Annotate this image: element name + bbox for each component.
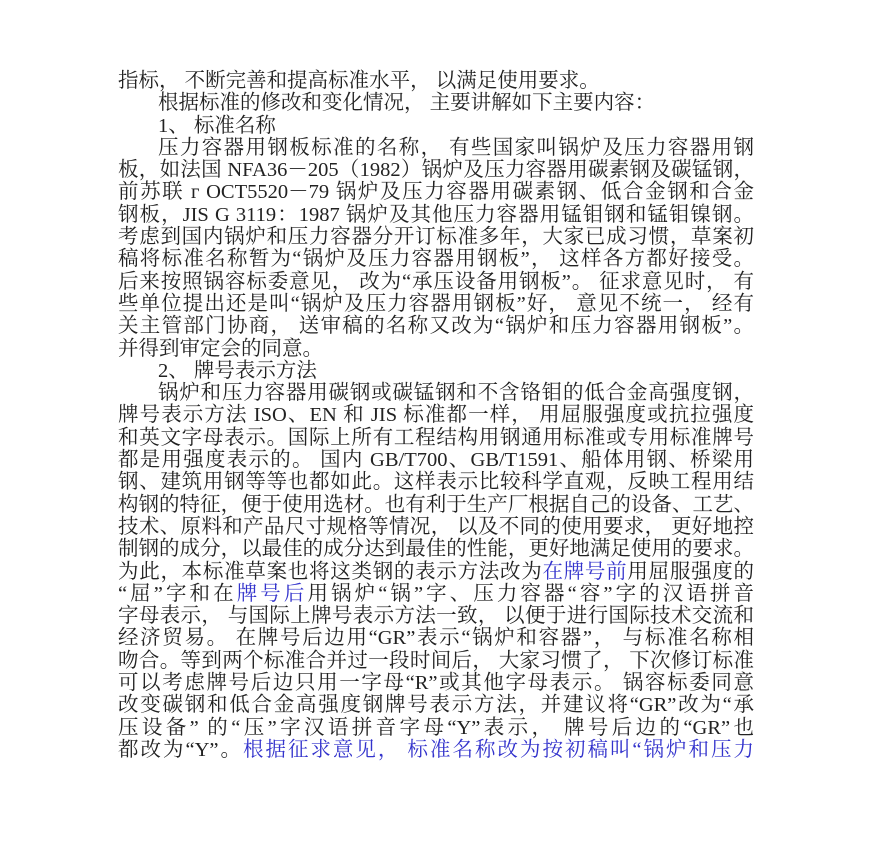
text-segment: 后来按照锅容标委意见， 改为“承压设备用钢板”。 征求意见时， 有 — [118, 271, 754, 293]
text-segment: 1、 标准名称 — [158, 115, 276, 137]
text-line: 考虑到国内锅炉和压力容器分开订标准多年，大家已成习惯，草案初 — [118, 226, 754, 248]
revision-text: 牌号后 — [237, 583, 308, 605]
text-segment: 锅炉和压力容器用碳钢或碳锰钢和不含铬钼的低合金高强度钢， — [158, 382, 754, 404]
text-segment: 字母表示， 与国际上牌号表示方法一致， 以便于进行国际技术交流和 — [118, 605, 754, 627]
document-viewport: 指标， 不断完善和提高标准水平， 以满足使用要求。根据标准的修改和变化情况， 主… — [0, 0, 870, 842]
text-segment: 2、 牌号表示方法 — [158, 360, 317, 382]
revision-text: 在牌号前 — [542, 561, 627, 583]
text-segment: 用屈服强度的 — [627, 561, 754, 583]
text-segment: 根据标准的修改和变化情况， 主要讲解如下主要内容： — [158, 92, 655, 114]
text-segment: 些单位提出还是叫“锅炉及压力容器用钢板”好， 意见不统一， 经有 — [118, 293, 754, 315]
text-block: 指标， 不断完善和提高标准水平， 以满足使用要求。根据标准的修改和变化情况， 主… — [118, 70, 754, 761]
text-segment: 技术、原料和产品尺寸规格等情况， 以及不同的使用要求， 更好地控 — [118, 516, 754, 538]
text-line: 些单位提出还是叫“锅炉及压力容器用钢板”好， 意见不统一， 经有 — [118, 293, 754, 315]
text-segment: 可以考虑牌号后边只用一字母“R”或其他字母表示。 锅容标委同意 — [118, 672, 754, 694]
text-segment: 牌号表示方法 ISO、EN 和 JIS 标准都一样， 用屈服强度或抗拉强度 — [118, 404, 754, 426]
text-segment: 关主管部门协商， 送审稿的名称又改为“锅炉和压力容器用钢板”。 — [118, 315, 754, 337]
text-segment: 板，如法国 NFA36－205（1982）锅炉及压力容器用碳素钢及碳锰钢， — [118, 159, 754, 181]
text-segment: 考虑到国内锅炉和压力容器分开订标准多年，大家已成习惯，草案初 — [118, 226, 754, 248]
text-segment: 构钢的特征，便于使用选材。也有利于生产厂根据自己的设备、工艺、 — [118, 494, 754, 516]
text-segment: 改变碳钢和低合金高强度钢牌号表示方法，并建议将“GR”改为“承 — [118, 694, 754, 716]
text-line: 并得到审定会的同意。 — [118, 338, 754, 360]
text-line: 为此，本标准草案也将这类钢的表示方法改为在牌号前用屈服强度的 — [118, 561, 754, 583]
text-segment: 钢板，JIS G 3119：1987 锅炉及其他压力容器用锰钼钢和锰钼镍钢。 — [118, 204, 754, 226]
text-line: 前苏联 г OCT5520－79 锅炉及压力容器用碳素钢、低合金钢和合金 — [118, 181, 754, 203]
text-line: 压力容器用钢板标准的名称， 有些国家叫锅炉及压力容器用钢 — [118, 137, 754, 159]
text-line: 技术、原料和产品尺寸规格等情况， 以及不同的使用要求， 更好地控 — [118, 516, 754, 538]
text-line: 压设备” 的“压”字汉语拼音字母“Y”表示， 牌号后边的“GR”也 — [118, 717, 754, 739]
text-line: 关主管部门协商， 送审稿的名称又改为“锅炉和压力容器用钢板”。 — [118, 315, 754, 337]
text-segment: 并得到审定会的同意。 — [118, 338, 323, 360]
text-line: 制钢的成分，以最佳的成分达到最佳的性能，更好地满足使用的要求。 — [118, 538, 754, 560]
text-line: 2、 牌号表示方法 — [118, 360, 754, 382]
text-line: 可以考虑牌号后边只用一字母“R”或其他字母表示。 锅容标委同意 — [118, 672, 754, 694]
text-segment: 压设备” 的“压”字汉语拼音字母“Y”表示， 牌号后边的“GR”也 — [118, 717, 754, 739]
text-segment: 钢、建筑用钢等等也都如此。这样表示比较科学直观，反映工程用结 — [118, 471, 754, 493]
text-segment: 稿将标准名称暂为“锅炉及压力容器用钢板”， 这样各方都好接受。 — [118, 248, 754, 270]
text-line: 板，如法国 NFA36－205（1982）锅炉及压力容器用碳素钢及碳锰钢， — [118, 159, 754, 181]
text-line: 根据标准的修改和变化情况， 主要讲解如下主要内容： — [118, 92, 754, 114]
text-line: 稿将标准名称暂为“锅炉及压力容器用钢板”， 这样各方都好接受。 — [118, 248, 754, 270]
text-line: “屈”字和在牌号后用锅炉“锅”字、压力容器“容”字的汉语拼音 — [118, 583, 754, 605]
text-line: 改变碳钢和低合金高强度钢牌号表示方法，并建议将“GR”改为“承 — [118, 694, 754, 716]
text-line: 和英文字母表示。国际上所有工程结构用钢通用标准或专用标准牌号 — [118, 427, 754, 449]
text-segment: 经济贸易。 在牌号后边用“GR”表示“锅炉和容器”， 与标准名称相 — [118, 627, 754, 649]
text-segment: “屈”字和在 — [118, 583, 237, 605]
text-line: 后来按照锅容标委意见， 改为“承压设备用钢板”。 征求意见时， 有 — [118, 271, 754, 293]
text-line: 字母表示， 与国际上牌号表示方法一致， 以便于进行国际技术交流和 — [118, 605, 754, 627]
text-line: 吻合。等到两个标准合并过一段时间后， 大家习惯了， 下次修订标准 — [118, 650, 754, 672]
text-segment: 吻合。等到两个标准合并过一段时间后， 大家习惯了， 下次修订标准 — [118, 650, 754, 672]
text-line: 锅炉和压力容器用碳钢或碳锰钢和不含铬钼的低合金高强度钢， — [118, 382, 754, 404]
text-segment: 制钢的成分，以最佳的成分达到最佳的性能，更好地满足使用的要求。 — [118, 538, 754, 560]
text-line: 构钢的特征，便于使用选材。也有利于生产厂根据自己的设备、工艺、 — [118, 494, 754, 516]
text-line: 1、 标准名称 — [118, 115, 754, 137]
text-line: 指标， 不断完善和提高标准水平， 以满足使用要求。 — [118, 70, 754, 92]
text-line: 经济贸易。 在牌号后边用“GR”表示“锅炉和容器”， 与标准名称相 — [118, 627, 754, 649]
text-line: 都是用强度表示的。 国内 GB/T700、GB/T1591、船体用钢、桥梁用 — [118, 449, 754, 471]
text-segment: 前苏联 г OCT5520－79 锅炉及压力容器用碳素钢、低合金钢和合金 — [118, 181, 754, 203]
revision-text: 根据征求意见， 标准名称改为按初稿叫“锅炉和压力 — [243, 739, 754, 761]
text-line: 都改为“Y”。根据征求意见， 标准名称改为按初稿叫“锅炉和压力 — [118, 739, 754, 761]
text-segment: 为此，本标准草案也将这类钢的表示方法改为 — [118, 561, 542, 583]
text-segment: 压力容器用钢板标准的名称， 有些国家叫锅炉及压力容器用钢 — [158, 137, 754, 159]
text-line: 钢板，JIS G 3119：1987 锅炉及其他压力容器用锰钼钢和锰钼镍钢。 — [118, 204, 754, 226]
text-segment: 都是用强度表示的。 国内 GB/T700、GB/T1591、船体用钢、桥梁用 — [118, 449, 754, 471]
document-page: 指标， 不断完善和提高标准水平， 以满足使用要求。根据标准的修改和变化情况， 主… — [0, 0, 870, 842]
text-line: 钢、建筑用钢等等也都如此。这样表示比较科学直观，反映工程用结 — [118, 471, 754, 493]
text-line: 牌号表示方法 ISO、EN 和 JIS 标准都一样， 用屈服强度或抗拉强度 — [118, 404, 754, 426]
text-segment: 和英文字母表示。国际上所有工程结构用钢通用标准或专用标准牌号 — [118, 427, 754, 449]
text-segment: 指标， 不断完善和提高标准水平， 以满足使用要求。 — [118, 70, 600, 92]
text-segment: 都改为“Y”。 — [118, 739, 243, 761]
text-segment: 用锅炉“锅”字、压力容器“容”字的汉语拼音 — [307, 583, 754, 605]
